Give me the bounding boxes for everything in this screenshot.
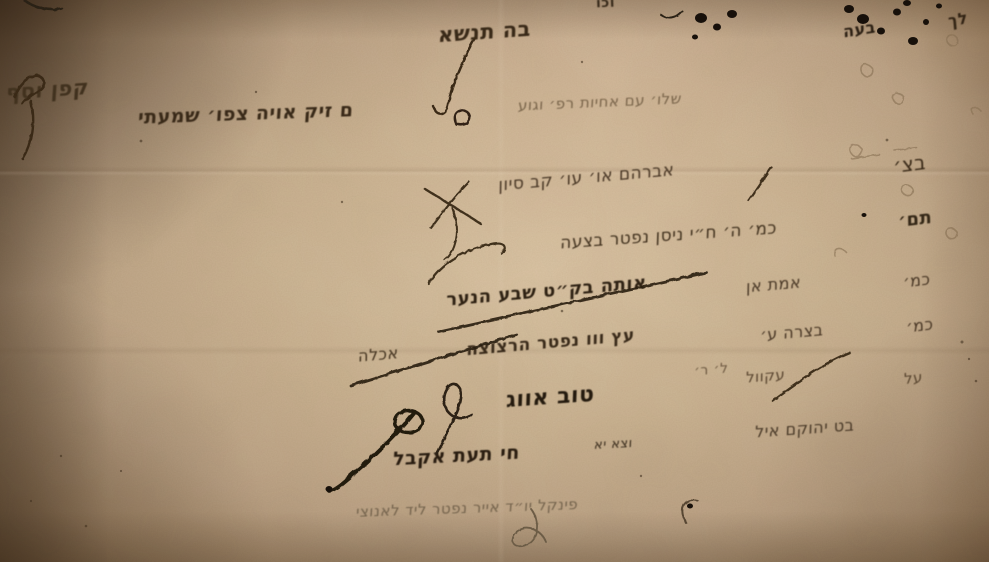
manuscript-photo: בה תנשא שלו׳ עם אחיות רפ׳ וגוע ם זיק אוי… [0, 0, 989, 562]
handwritten-line: כמ׳ [903, 269, 931, 291]
handwritten-line: אכלה [358, 343, 399, 366]
handwritten-line: חי תעת אקבל [393, 442, 521, 471]
handwritten-line: תם׳ [898, 207, 932, 232]
handwritten-line: וכו [596, 0, 616, 11]
handwritten-line: בט יהוקם איל [755, 415, 855, 441]
handwritten-line: קפן וסף [5, 75, 89, 105]
handwritten-line-struck: עץ ווו נפטר הרצוצה [466, 326, 635, 361]
handwritten-line: בצרה ע׳ [760, 320, 824, 345]
handwritten-line: כמ׳ [906, 314, 934, 336]
handwritten-line: וצא יא [594, 436, 633, 453]
handwritten-line: לך [947, 8, 968, 31]
handwritten-line: אברהם או׳ עו׳ קב סיון [498, 160, 674, 196]
handwritten-line: ם זיק אויה צפו׳ שמעתי [137, 99, 354, 129]
handwritten-line: טוב אווג [506, 382, 595, 413]
handwriting-layer: בה תנשא שלו׳ עם אחיות רפ׳ וגוע ם זיק אוי… [0, 0, 989, 562]
handwritten-line: שלו׳ עם אחיות רפ׳ וגוע [518, 89, 683, 114]
handwritten-line: כמ׳ ה׳ ח״י ניסן נפטר בצעה [560, 218, 777, 253]
handwritten-line: פינקל יו״ד אייר נפטר ליד לאנוצי [355, 495, 578, 521]
handwritten-line: עקוול [746, 365, 785, 387]
handwritten-line: בעה [843, 17, 877, 41]
handwritten-line: בה תנשא [438, 17, 532, 48]
handwritten-line-struck: אותה בק״ט שבע הנער [446, 272, 647, 311]
handwritten-line: ל׳ ר׳ [694, 360, 729, 379]
handwritten-line: בצ׳ [893, 150, 926, 178]
handwritten-line: אמת אן [746, 273, 801, 297]
handwritten-line: על [904, 368, 923, 388]
